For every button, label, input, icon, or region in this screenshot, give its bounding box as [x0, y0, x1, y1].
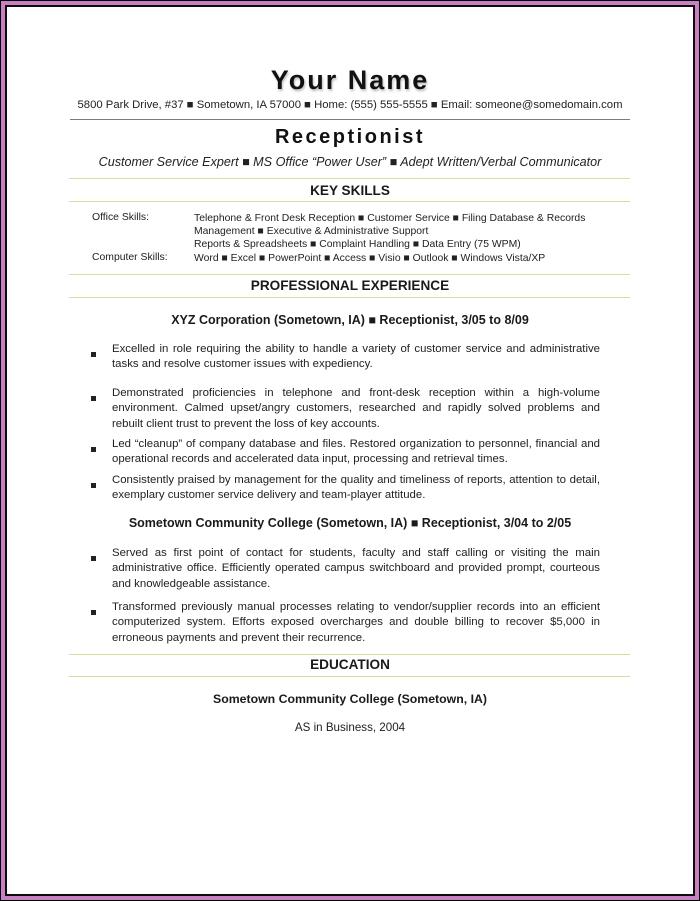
resume-page: Your Name 5800 Park Drive, #37 ■ Sometow…: [7, 7, 693, 894]
key-skills-rule-bottom: [69, 201, 630, 202]
experience-heading: PROFESSIONAL EXPERIENCE: [7, 278, 693, 293]
resume-name: Your Name: [7, 65, 693, 96]
experience-rule-top: [69, 274, 630, 275]
job-bullet: Consistently praised by management for t…: [112, 473, 600, 504]
job-bullet: Demonstrated proficiencies in telephone …: [112, 386, 600, 432]
job-bullet: Served as first point of contact for stu…: [112, 546, 600, 592]
computer-skills-line: Word ■ Excel ■ PowerPoint ■ Access ■ Vis…: [194, 252, 545, 265]
job-heading: Sometown Community College (Sometown, IA…: [7, 516, 693, 530]
education-school: Sometown Community College (Sometown, IA…: [7, 692, 693, 706]
bullet-marker: [91, 447, 96, 452]
job-bullet: Transformed previously manual processes …: [112, 600, 600, 646]
tagline: Customer Service Expert ■ MS Office “Pow…: [7, 155, 693, 169]
job-bullet: Excelled in role requiring the ability t…: [112, 342, 600, 373]
bullet-marker: [91, 396, 96, 401]
education-heading: EDUCATION: [7, 657, 693, 672]
office-skills-line: Management ■ Executive & Administrative …: [194, 225, 428, 238]
job-title: Receptionist: [7, 126, 693, 149]
bullet-marker: [91, 556, 96, 561]
header-divider: [70, 119, 630, 120]
bullet-marker: [91, 610, 96, 615]
office-skills-line: Telephone & Front Desk Reception ■ Custo…: [194, 212, 585, 225]
job-heading: XYZ Corporation (Sometown, IA) ■ Recepti…: [7, 313, 693, 327]
office-skills-line: Reports & Spreadsheets ■ Complaint Handl…: [194, 238, 521, 251]
education-degree: AS in Business, 2004: [7, 721, 693, 734]
education-rule-bottom: [69, 676, 630, 677]
key-skills-heading: KEY SKILLS: [7, 183, 693, 198]
contact-info: 5800 Park Drive, #37 ■ Sometown, IA 5700…: [7, 99, 693, 111]
computer-skills-label: Computer Skills:: [92, 252, 168, 263]
bullet-marker: [91, 352, 96, 357]
bullet-marker: [91, 483, 96, 488]
job-bullet: Led “cleanup” of company database and fi…: [112, 437, 600, 468]
key-skills-rule-top: [69, 178, 630, 179]
experience-rule-bottom: [69, 297, 630, 298]
office-skills-label: Office Skills:: [92, 212, 149, 223]
education-rule-top: [69, 654, 630, 655]
